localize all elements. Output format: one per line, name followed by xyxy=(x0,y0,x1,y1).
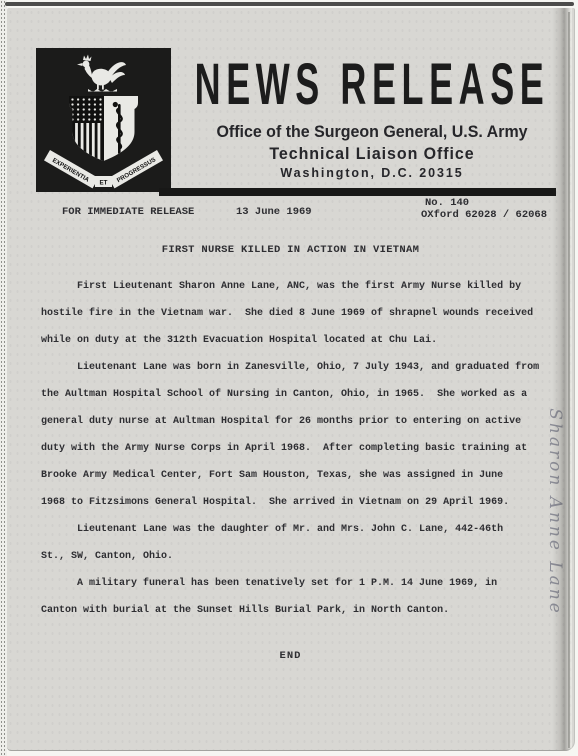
org-line-2: Technical Liaison Office xyxy=(269,144,474,164)
release-status: FOR IMMEDIATE RELEASE xyxy=(62,206,194,218)
body-line: A military funeral has been tenatively s… xyxy=(41,570,553,597)
release-number: No. 140 xyxy=(421,198,547,210)
army-medical-crest-icon: EXPERIENTIA PROGRESSUS ET xyxy=(36,48,171,192)
org-line-1: Office of the Surgeon General, U.S. Army xyxy=(216,122,527,142)
body-line: the Aultman Hospital School of Nursing i… xyxy=(41,381,553,408)
body-line: Lieutenant Lane was the daughter of Mr. … xyxy=(41,516,553,543)
org-line-3: Washington, D.C. 20315 xyxy=(280,165,463,180)
masthead-title: NEWS RELEASE xyxy=(195,56,550,114)
body-line: duty with the Army Nurse Corps in April … xyxy=(41,435,553,462)
paper-fold-line xyxy=(568,12,570,748)
handwritten-annotation: Sharon Anne Lane xyxy=(535,392,565,632)
masthead-underline-bar xyxy=(159,188,556,196)
body-line: Brooke Army Medical Center, Fort Sam Hou… xyxy=(41,462,553,489)
masthead: NEWS RELEASE Office of the Surgeon Gener… xyxy=(182,8,562,188)
body-line: while on duty at the 312th Evacuation Ho… xyxy=(41,327,553,354)
body-line: hostile fire in the Vietnam war. She die… xyxy=(41,300,553,327)
body-line: St., SW, Canton, Ohio. xyxy=(41,543,553,570)
motto-center-text: ET xyxy=(100,180,108,187)
shield-icon xyxy=(69,96,138,162)
body-line: 1968 to Fitzsimons General Hospital. She… xyxy=(41,489,553,516)
release-date: 13 June 1969 xyxy=(236,206,312,218)
paper: EXPERIENTIA PROGRESSUS ET NEWS RELEASE O… xyxy=(7,8,575,751)
crest-box: EXPERIENTIA PROGRESSUS ET xyxy=(36,48,171,192)
release-phone: OXford 62028 / 62068 xyxy=(421,210,547,222)
rooster-icon xyxy=(77,55,126,93)
end-mark: END xyxy=(7,650,574,662)
headline: FIRST NURSE KILLED IN ACTION IN VIETNAM xyxy=(7,244,574,256)
scan-left-edge xyxy=(0,0,7,756)
release-number-block: No. 140 OXford 62028 / 62068 xyxy=(421,198,547,221)
body-line: Lieutenant Lane was born in Zanesville, … xyxy=(41,354,553,381)
body-line: general duty nurse at Aultman Hospital f… xyxy=(41,408,553,435)
body-line: Canton with burial at the Sunset Hills B… xyxy=(41,597,553,624)
body-text: First Lieutenant Sharon Anne Lane, ANC, … xyxy=(41,273,553,624)
body-line: First Lieutenant Sharon Anne Lane, ANC, … xyxy=(41,273,553,300)
scan-top-edge-shadow xyxy=(5,2,574,6)
scanned-news-release-page: EXPERIENTIA PROGRESSUS ET NEWS RELEASE O… xyxy=(0,0,578,756)
